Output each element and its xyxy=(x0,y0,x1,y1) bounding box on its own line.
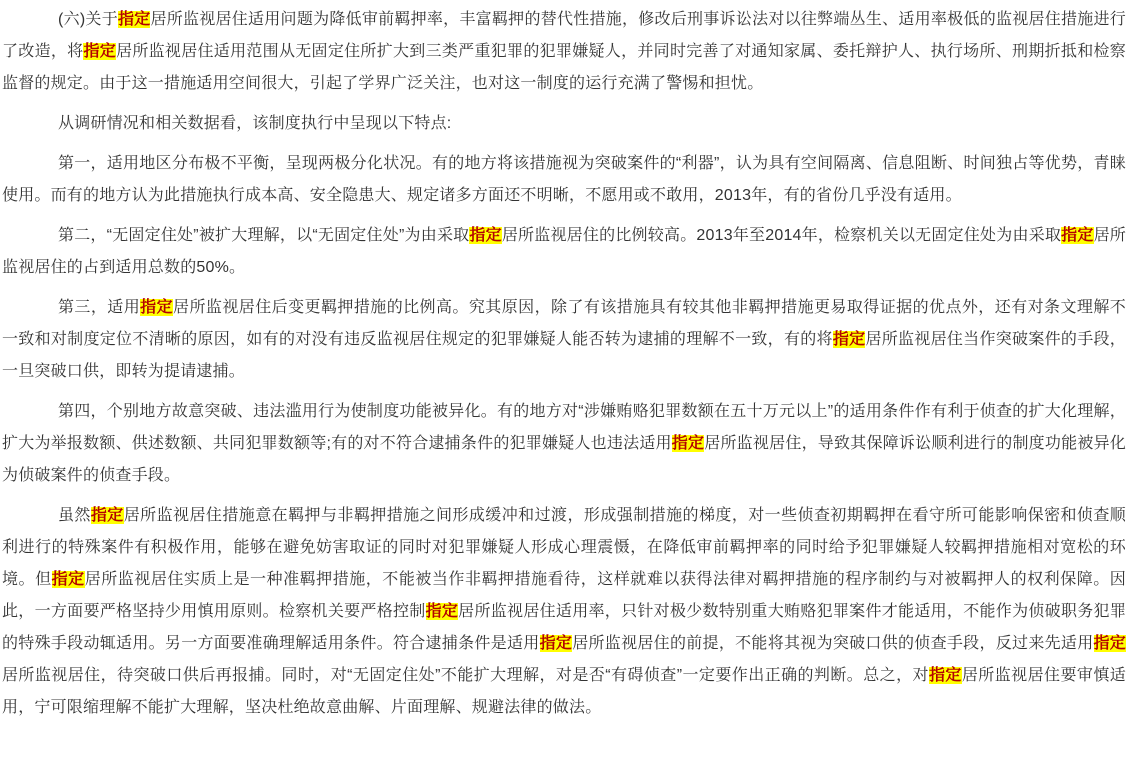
search-highlight: 指定 xyxy=(1094,635,1127,652)
document-body: (六)关于指定居所监视居住适用问题为降低审前羁押率，丰富羁押的替代性措施，修改后… xyxy=(2,4,1126,724)
search-highlight: 指定 xyxy=(929,667,962,684)
search-highlight: 指定 xyxy=(469,227,501,244)
paragraph: 第四，个别地方故意突破、违法滥用行为使制度功能被异化。有的地方对“涉嫌贿赂犯罪数… xyxy=(2,396,1126,492)
search-highlight: 指定 xyxy=(540,635,573,652)
search-highlight: 指定 xyxy=(1061,227,1093,244)
paragraph: 第一，适用地区分布极不平衡，呈现两极分化状况。有的地方将该措施视为突破案件的“利… xyxy=(2,148,1126,212)
document-page: (六)关于指定居所监视居住适用问题为降低审前羁押率，丰富羁押的替代性措施，修改后… xyxy=(0,0,1130,758)
paragraph: 第二，“无固定住处”被扩大理解，以“无固定住处”为由采取指定居所监视居住的比例较… xyxy=(2,220,1126,284)
search-highlight: 指定 xyxy=(83,43,116,60)
search-highlight: 指定 xyxy=(426,603,459,620)
search-highlight: 指定 xyxy=(140,299,173,316)
paragraph: (六)关于指定居所监视居住适用问题为降低审前羁押率，丰富羁押的替代性措施，修改后… xyxy=(2,4,1126,100)
paragraph: 虽然指定居所监视居住措施意在羁押与非羁押措施之间形成缓冲和过渡，形成强制措施的梯… xyxy=(2,500,1126,724)
search-highlight: 指定 xyxy=(52,571,85,588)
search-highlight: 指定 xyxy=(118,11,151,28)
search-highlight: 指定 xyxy=(833,331,866,348)
paragraph: 从调研情况和相关数据看，该制度执行中呈现以下特点: xyxy=(2,108,1126,140)
search-highlight: 指定 xyxy=(672,435,704,452)
search-highlight: 指定 xyxy=(91,507,124,524)
paragraph: 第三，适用指定居所监视居住后变更羁押措施的比例高。究其原因，除了有该措施具有较其… xyxy=(2,292,1126,388)
